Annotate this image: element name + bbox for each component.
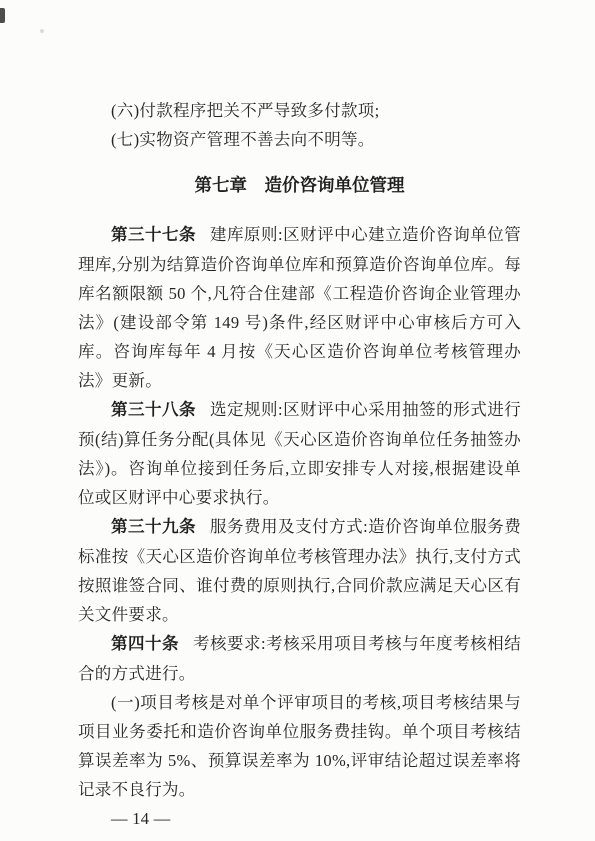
article-paragraph-38: 第三十八条选定规则:区财评中心采用抽签的形式进行预(结)算任务分配(具体见《天心… (78, 395, 521, 512)
article-number-40: 第四十条 (111, 635, 179, 653)
document-body: (六)付款程序把关不严导致多付款项; (七)实物资产管理不善去向不明等。 第七章… (78, 96, 521, 833)
article-number-37: 第三十七条 (111, 226, 196, 244)
chapter-number: 第七章 (195, 175, 248, 195)
article-paragraph-39: 第三十九条服务费用及支付方式:造价咨询单位服务费标准按《天心区造价咨询单位考核管… (78, 512, 521, 629)
scan-artifact-speck (40, 29, 44, 33)
article-paragraph-37: 第三十七条建库原则:区财评中心建立造价咨询单位管理库,分别为结算造价咨询单位库和… (78, 220, 521, 395)
list-item-7: (七)实物资产管理不善去向不明等。 (78, 125, 521, 154)
chapter-heading: 第七章造价咨询单位管理 (78, 171, 521, 200)
scan-artifact-edge-mark (0, 8, 5, 23)
chapter-title: 造价咨询单位管理 (265, 175, 405, 195)
article-number-38: 第三十八条 (111, 401, 196, 419)
document-page: (六)付款程序把关不严导致多付款项; (七)实物资产管理不善去向不明等。 第七章… (0, 0, 595, 841)
page-number: — 14 — (78, 804, 521, 833)
sub-item-paragraph-1: (一)项目考核是对单个评审项目的考核,项目考核结果与项目业务委托和造价咨询单位服… (78, 688, 521, 804)
article-number-39: 第三十九条 (111, 518, 196, 536)
article-body-37: 建库原则:区财评中心建立造价咨询单位管理库,分别为结算造价咨询单位库和预算造价咨… (78, 225, 521, 390)
article-paragraph-40: 第四十条考核要求:考核采用项目考核与年度考核相结合的方式进行。 (78, 629, 521, 688)
list-item-6: (六)付款程序把关不严导致多付款项; (78, 96, 521, 125)
